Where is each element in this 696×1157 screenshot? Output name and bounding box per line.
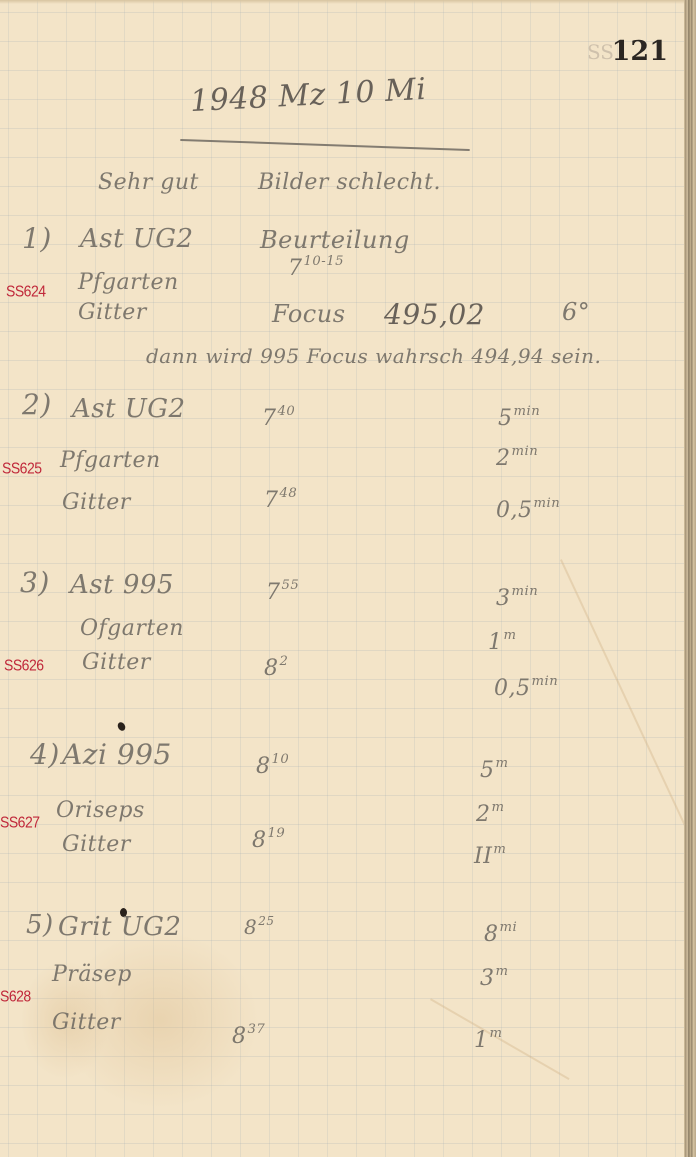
time-minutes: 10-15 [304, 254, 345, 269]
exposure: 5m [480, 756, 509, 783]
entry-object: Ast 995 [70, 570, 174, 600]
entry-line: Oriseps [56, 798, 145, 823]
exposure: 0,5min [496, 496, 560, 523]
entry-time: 825 [244, 914, 275, 939]
time-hour: 7 [264, 488, 279, 513]
entry-time: 740 [262, 404, 295, 431]
entry-line: Pfgarten [60, 448, 161, 473]
entry-remark: dann wird 995 Focus wahrsch 494,94 sein. [146, 344, 601, 368]
archive-id-stamp: SS625 [2, 459, 42, 477]
time-hour: 8 [232, 1024, 247, 1049]
date-underline [180, 139, 470, 151]
exposure-unit: m [496, 964, 509, 979]
book-binding-edge [684, 0, 696, 1157]
archive-id-stamp: S628 [0, 987, 31, 1005]
exposure-unit: mi [500, 920, 518, 935]
exposure: 3min [496, 584, 538, 611]
entry-line: Gitter [62, 832, 131, 857]
exposure-unit: m [493, 842, 506, 857]
entry-time: 82 [264, 654, 288, 681]
ink-spot [116, 721, 127, 732]
exposure-unit: min [512, 584, 539, 599]
exposure: 3m [480, 964, 509, 991]
page-top-edge [0, 0, 688, 4]
entry-line: Gitter [78, 300, 147, 325]
exposure-unit: min [534, 496, 561, 511]
archive-id-stamp: SS626 [4, 656, 44, 674]
exposure-value: II [474, 844, 492, 869]
time-minutes: 37 [248, 1022, 266, 1037]
entry-time: 837 [232, 1022, 265, 1049]
focus-label: Focus [272, 300, 346, 328]
exposure-unit: m [490, 1026, 503, 1041]
temperature: 6° [562, 298, 590, 326]
exposure: 2min [496, 444, 538, 471]
exposure-value: 2 [496, 446, 511, 471]
time-hour: 8 [244, 915, 257, 939]
time-minutes: 40 [278, 404, 296, 419]
time-minutes: 25 [258, 914, 274, 928]
entry-number: 3) [20, 566, 50, 599]
entry-object: Azi 995 [62, 738, 172, 771]
entry-line: Pfgarten [78, 270, 179, 295]
time-minutes: 10 [272, 752, 290, 767]
entry-time: 710-15 [288, 254, 344, 281]
exposure-unit: m [492, 800, 505, 815]
column-label-right: Bilder schlecht. [258, 170, 441, 195]
exposure-value: 5 [498, 406, 513, 431]
column-label-left: Sehr gut [98, 170, 199, 195]
time-minutes: 55 [282, 578, 300, 593]
entry-time: 810 [256, 752, 289, 779]
entry-number: 4) [30, 738, 60, 771]
time-minutes: 19 [268, 826, 286, 841]
entry-line: Ofgarten [80, 616, 184, 641]
time-hour: 8 [256, 754, 271, 779]
exposure-value: 0,5 [494, 676, 531, 701]
entry-note: Beurteilung [260, 226, 410, 254]
entry-time: 755 [266, 578, 299, 605]
exposure: 0,5min [494, 674, 558, 701]
entry-line: Gitter [52, 1010, 121, 1035]
time-hour: 8 [252, 828, 267, 853]
exposure: 8mi [484, 920, 517, 947]
exposure-value: 2 [476, 802, 491, 827]
exposure-value: 3 [496, 586, 511, 611]
entry-time: 748 [264, 486, 297, 513]
entry-line: Präsep [52, 962, 132, 987]
exposure-unit: m [496, 756, 509, 771]
exposure-value: 5 [480, 758, 495, 783]
page-number: 121 [612, 36, 668, 67]
exposure-unit: min [532, 674, 559, 689]
time-hour: 7 [266, 580, 281, 605]
exposure: IIm [474, 842, 506, 869]
entry-object: Ast UG2 [72, 394, 186, 424]
entry-number: 2) [22, 388, 52, 421]
notebook-page: SS 121 1948 Mz 10 Mi Sehr gut Bilder sch… [0, 0, 688, 1157]
date-heading: 1948 Mz 10 Mi [189, 72, 427, 119]
entry-line: Gitter [62, 490, 131, 515]
exposure-value: 3 [480, 966, 495, 991]
time-hour: 7 [262, 406, 277, 431]
exposure-unit: min [514, 404, 541, 419]
time-minutes: 2 [280, 654, 289, 669]
exposure-value: 1 [488, 630, 503, 655]
exposure: 1m [474, 1026, 503, 1053]
entry-number: 1) [22, 222, 52, 255]
ghost-mark: SS [587, 40, 614, 64]
paper-crease [560, 559, 696, 940]
exposure: 2m [476, 800, 505, 827]
exposure-value: 1 [474, 1028, 489, 1053]
exposure-unit: m [504, 628, 517, 643]
time-minutes: 48 [280, 486, 298, 501]
entry-number: 5) [26, 910, 54, 940]
entry-object: Grit UG2 [58, 912, 181, 942]
time-hour: 8 [264, 656, 279, 681]
archive-id-stamp: SS624 [6, 282, 46, 300]
exposure-value: 0,5 [496, 498, 533, 523]
entry-line: Gitter [82, 650, 151, 675]
exposure: 5min [498, 404, 540, 431]
archive-id-stamp: SS627 [0, 813, 40, 831]
entry-object: Ast UG2 [80, 224, 194, 254]
entry-time: 819 [252, 826, 285, 853]
time-hour: 7 [288, 256, 303, 281]
focus-value: 495,02 [384, 298, 485, 331]
exposure-unit: min [512, 444, 539, 459]
exposure: 1m [488, 628, 517, 655]
exposure-value: 8 [484, 922, 499, 947]
